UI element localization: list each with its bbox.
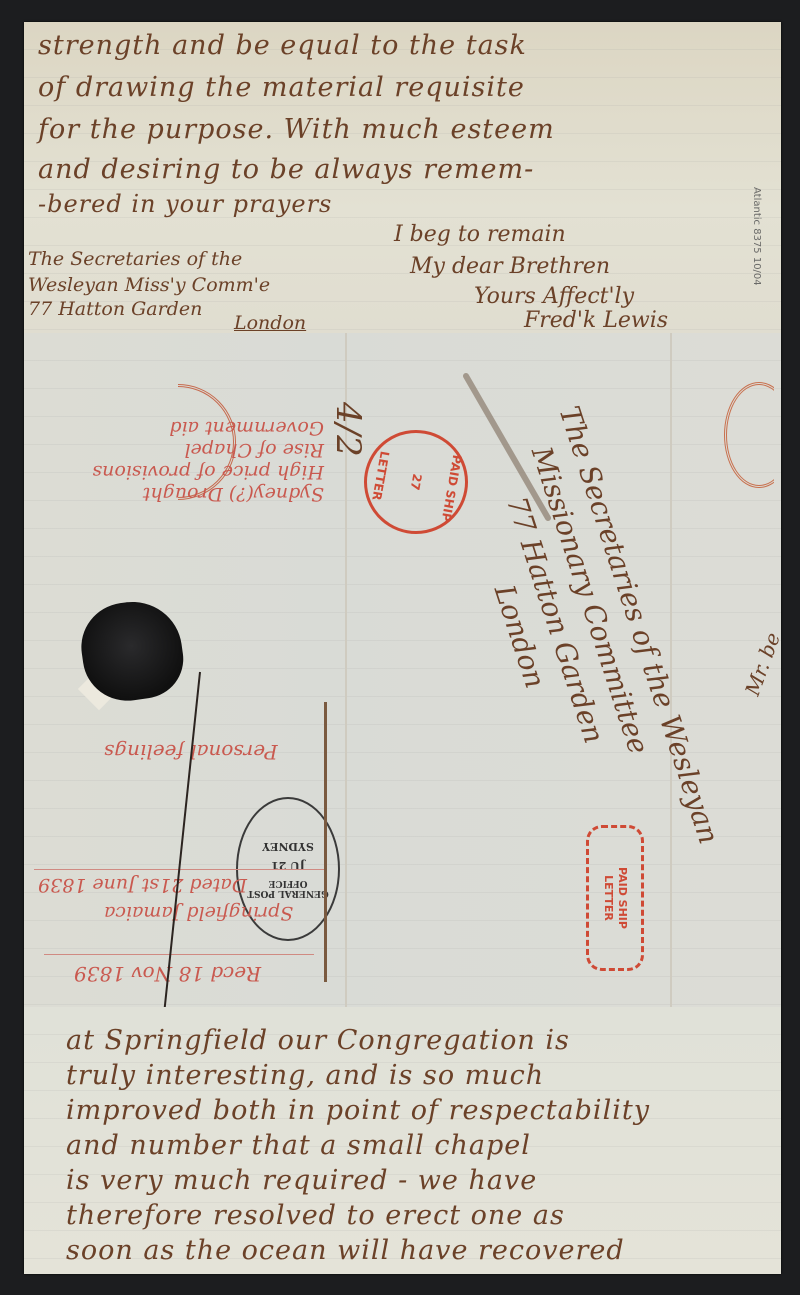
letter-line: therefore resolved to erect one as <box>66 1200 565 1231</box>
closing-line: I beg to remain <box>394 222 566 247</box>
red-docket: Sydney(?) Drought High price of provisio… <box>64 417 324 505</box>
ink-stroke <box>324 702 327 982</box>
place-line: Springfield Jamaica <box>104 902 293 924</box>
letter-line: -bered in your prayers <box>38 190 332 218</box>
docket-line: Sydney(?) Drought <box>64 483 324 505</box>
docket-line: Rise of Chapel <box>64 439 324 461</box>
letter-line: soon as the ocean will have recovered <box>66 1235 625 1266</box>
postmark-bottom-text: LETTER <box>369 450 391 502</box>
letter-line: truly interesting, and is so much <box>66 1060 544 1091</box>
red-rule <box>44 954 314 955</box>
docket-line: Government aid <box>64 417 324 439</box>
letter-sheet: strength and be equal to the task of dra… <box>24 22 781 1274</box>
letter-line: of drawing the material requisite <box>38 72 525 103</box>
top-panel: strength and be equal to the task of dra… <box>24 22 781 333</box>
addressee-line: London <box>234 312 306 334</box>
signature: Fred'k Lewis <box>524 308 668 333</box>
letter-line: and number that a small chapel <box>66 1130 531 1161</box>
letter-line: is very much required - we have <box>66 1165 537 1196</box>
postmark-date: 27 <box>408 473 425 492</box>
rect-stamp-line: LETTER <box>601 867 615 929</box>
letter-line: for the purpose. With much esteem <box>38 114 555 145</box>
addressee-line: The Secretaries of the <box>28 248 242 270</box>
rect-stamp-line: PAID SHIP <box>615 867 629 929</box>
dated-line: Dated 21st June 1839 <box>38 874 247 896</box>
oval-postmark-sub: SYDNEY <box>238 840 338 853</box>
letter-line: strength and be equal to the task <box>38 30 527 61</box>
closing-line: Yours Affect'ly <box>474 284 634 309</box>
manuscript-rate: 4/2 <box>328 402 368 457</box>
letter-line: improved both in point of respectability <box>66 1095 650 1126</box>
letter-line: at Springfield our Congregation is <box>66 1025 570 1056</box>
oval-postmark-date: JU 21 <box>238 859 338 872</box>
addressee-line: 77 Hatton Garden <box>28 298 202 320</box>
pencil-annotation: Atlantic 8375 10/04 <box>751 187 762 286</box>
oval-postmark-text: GENERAL POST OFFICE <box>238 878 338 898</box>
rectangular-ship-stamp: PAID SHIP LETTER <box>586 825 644 971</box>
docket-line: High price of provisions <box>64 461 324 483</box>
addressee-line: Wesleyan Miss'y Comm'e <box>28 274 270 296</box>
closing-line: My dear Brethren <box>410 254 610 279</box>
letter-line: and desiring to be always remem- <box>38 154 534 185</box>
rect-stamp-text: PAID SHIP LETTER <box>601 867 629 929</box>
bottom-panel: at Springfield our Congregation is truly… <box>24 1007 781 1274</box>
partial-right-postmark <box>724 382 794 488</box>
